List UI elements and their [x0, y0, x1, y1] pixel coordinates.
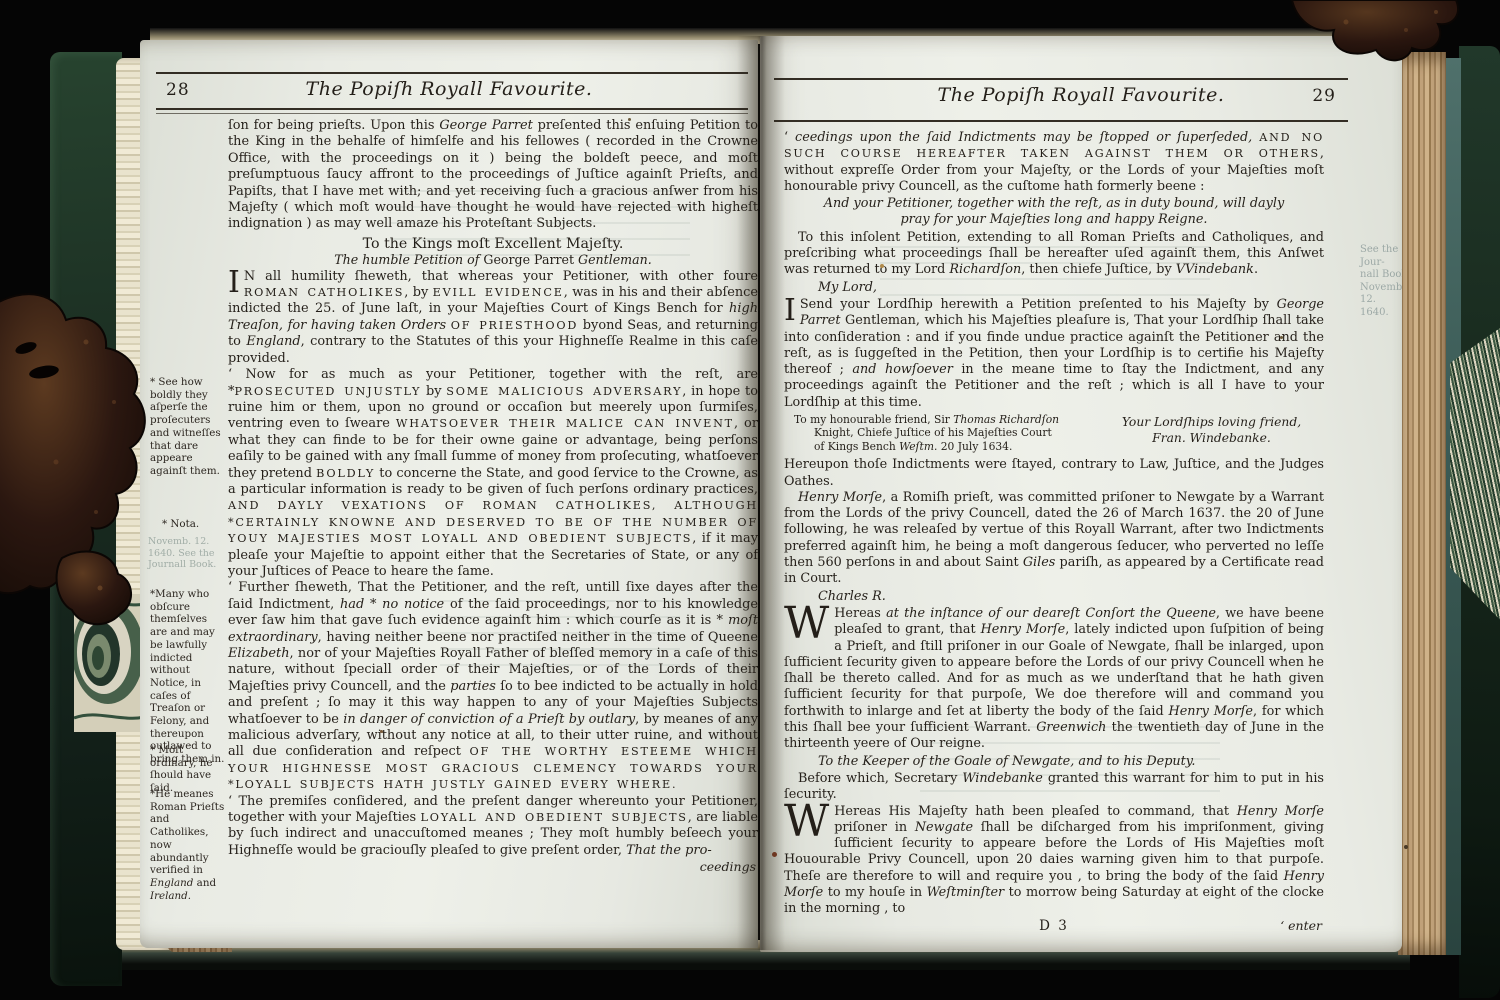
margin-note-nota: * Nota. [162, 518, 238, 531]
left-header-rule-bottom [156, 108, 748, 110]
margin-note-many-who: *Many who obſcure themſelves are and may… [150, 588, 226, 766]
right-page: The Popiſh Royall Favourite. 29 See the … [760, 36, 1402, 952]
signature-charles-r: Charles R. [784, 589, 1324, 605]
metal-clasp-top-right [1276, 0, 1468, 68]
paragraph-premises: ‘ The premiſes conſidered, and the preſe… [228, 794, 758, 860]
margin-note-see-how: * See how boldly they aſperſe the proſec… [150, 376, 226, 478]
foxing-speck [380, 730, 383, 733]
drop-cap-w: W [784, 606, 834, 640]
left-header-rule-top [156, 72, 748, 74]
right-fore-edge [1398, 52, 1446, 955]
foxing-speck [772, 852, 777, 857]
signature-mark-d3: D 3 [784, 918, 1324, 934]
paragraph-before-which: Before which, Secretary Windebanke grant… [784, 771, 1324, 804]
paragraph-whereas-queene: WHereas at the inſtance of our deareſt C… [784, 606, 1324, 753]
metal-clasp-left [0, 282, 158, 632]
heading-humble-petition: The humble Petition of George Parret Gen… [228, 252, 758, 268]
signoff-address: To my honourable friend, Sir Thomas Rich… [784, 413, 1099, 453]
margin-note-journall-books: See the Jour- nall Books, Novemb. 12. 16… [1360, 244, 1402, 320]
paragraph-whereas-discharged: WHereas His Majeſty hath been pleaſed to… [784, 804, 1324, 918]
catchword-ceedings: ceedings [700, 859, 756, 875]
paragraph-further-sheweth: ‘ Further ſheweth, That the Petitioner, … [228, 580, 758, 793]
margin-note-he-meanes: *He meanes Roman Prieſts and Catholikes,… [150, 788, 226, 902]
paragraph-send-your-lordship: I Send your Lordſhip herewith a Petition… [784, 297, 1324, 411]
right-header-rule-top [774, 78, 1348, 80]
foxing-speck [628, 118, 631, 121]
paragraph-intro: ſon for being prieſts. Upon this George … [228, 118, 758, 233]
foxing-speck [1404, 845, 1408, 849]
letter-signoff: To my honourable friend, Sir Thomas Rich… [784, 413, 1324, 453]
right-text-column: ‘ ceedings upon the ſaid Indictments may… [784, 130, 1324, 935]
margin-note-showthrough: Novemb. 12. 1640. See the Journall Book. [148, 536, 218, 571]
left-header-rule-bottom-thin [156, 113, 748, 114]
drop-cap-i: I [784, 297, 800, 323]
paragraph-dayly-pray: And your Petitioner, together with the r… [808, 196, 1300, 229]
catchword-enter: ‘ enter [1280, 918, 1322, 934]
paragraph-henry-morse: Henry Morſe, a Romiſh prieſt, was commit… [784, 490, 1324, 588]
paragraph-keeper-of-goale: To the Keeper of the Goale of Newgate, a… [784, 754, 1324, 770]
left-page: 28 The Popiſh Royall Favourite. * See ho… [140, 40, 758, 948]
paragraph-now-for-as-much: ‘ Now for as much as your Petitioner, to… [228, 367, 758, 580]
drop-cap-w: W [784, 804, 834, 838]
heading-to-the-king: To the Kings moſt Excellent Majeſty. [228, 236, 758, 252]
running-title-left: The Popiſh Royall Favourite. [140, 78, 758, 100]
paragraph-hereupon: Hereupon thoſe Indictments were ſtayed, … [784, 457, 1324, 490]
drop-cap-i: I [228, 269, 244, 295]
right-page-number: 29 [1312, 86, 1336, 106]
foxing-speck [880, 264, 884, 268]
left-catchword-line: ceedings [228, 859, 758, 876]
right-header-rule-bottom [774, 120, 1348, 122]
paragraph-humility: IN all humility ſheweth, that whereas yo… [228, 269, 758, 367]
paragraph-insolent-petition: To this inſolent Petition, extending to … [784, 230, 1324, 279]
right-catchword-line: D 3 ‘ enter [784, 918, 1324, 935]
paragraph-ceedings: ‘ ceedings upon the ſaid Indictments may… [784, 130, 1324, 195]
foxing-speck [1280, 336, 1283, 339]
salutation-my-lord: My Lord, [784, 280, 1324, 296]
left-text-column: ſon for being prieſts. Upon this George … [228, 118, 758, 876]
signoff-signature: Your Lordſhips loving friend, Fran. Wind… [1099, 413, 1324, 453]
book-photograph: 28 The Popiſh Royall Favourite. * See ho… [0, 0, 1500, 1000]
running-title-right: The Popiſh Royall Favourite. [760, 84, 1402, 106]
